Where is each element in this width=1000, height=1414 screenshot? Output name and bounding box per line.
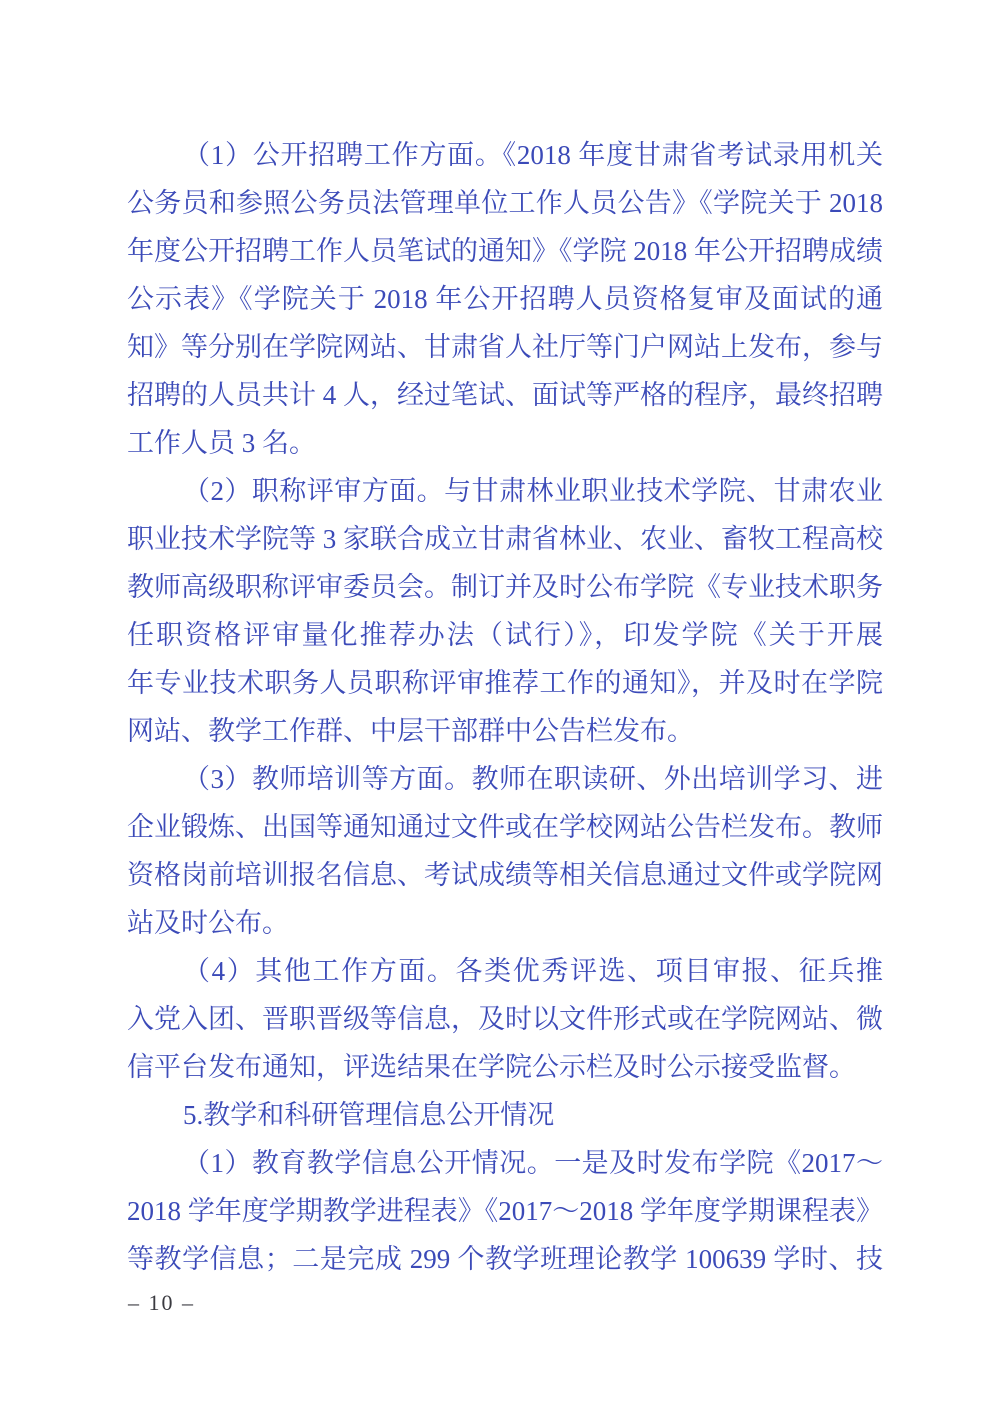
document-body: （1）公开招聘工作方面。《2018 年度甘肃省考试录用机关 公务员和参照公务员法… (127, 131, 883, 1283)
body-line: 职业技术学院等 3 家联合成立甘肃省林业、农业、畜牧工程高校 (127, 515, 883, 563)
page-footer: – 10 – (128, 1290, 195, 1316)
body-line: 等教学信息；二是完成 299 个教学班理论教学 100639 学时、技 (127, 1235, 883, 1283)
body-line: 资格岗前培训报名信息、考试成绩等相关信息通过文件或学院网 (127, 851, 883, 899)
body-line: 公示表》《学院关于 2018 年公开招聘人员资格复审及面试的通 (127, 275, 883, 323)
body-line: 2018 学年度学期教学进程表》《2017～2018 学年度学期课程表》 (127, 1187, 883, 1235)
document-page: （1）公开招聘工作方面。《2018 年度甘肃省考试录用机关 公务员和参照公务员法… (0, 0, 1000, 1414)
body-line: 企业锻炼、出国等通知通过文件或在学校网站公告栏发布。教师 (127, 803, 883, 851)
paragraph-teaching-info: （1）教育教学信息公开情况。一是及时发布学院《2017～ 2018 学年度学期教… (127, 1139, 883, 1283)
body-line: 入党入团、晋职晋级等信息，及时以文件形式或在学院网站、微 (127, 995, 883, 1043)
body-line: 招聘的人员共计 4 人，经过笔试、面试等严格的程序，最终招聘 (127, 371, 883, 419)
body-line: 任职资格评审量化推荐办法（试行）》，印发学院《关于开展 2018 (127, 611, 883, 659)
body-line: 网站、教学工作群、中层干部群中公告栏发布。 (127, 707, 883, 755)
body-line: 年专业技术职务人员职称评审推荐工作的通知》，并及时在学院 (127, 659, 883, 707)
body-line: 信平台发布通知，评选结果在学院公示栏及时公示接受监督。 (127, 1043, 883, 1091)
section-heading-teaching-research: 5.教学和科研管理信息公开情况 (127, 1091, 883, 1139)
paragraph-other-work: （4）其他工作方面。各类优秀评选、项目审报、征兵推荐、 入党入团、晋职晋级等信息… (127, 947, 883, 1091)
page-number: – 10 – (128, 1290, 195, 1316)
body-line: 教师高级职称评审委员会。制订并及时公布学院《专业技术职务 (127, 563, 883, 611)
body-line: （2）职称评审方面。与甘肃林业职业技术学院、甘肃农业 (127, 467, 883, 515)
body-line: 站及时公布。 (127, 899, 883, 947)
body-line: （4）其他工作方面。各类优秀评选、项目审报、征兵推荐、 (127, 947, 883, 995)
body-line: （3）教师培训等方面。教师在职读研、外出培训学习、进 (127, 755, 883, 803)
section-heading: 5.教学和科研管理信息公开情况 (127, 1091, 883, 1139)
body-line: 年度公开招聘工作人员笔试的通知》《学院 2018 年公开招聘成绩 (127, 227, 883, 275)
body-line: 知》等分别在学院网站、甘肃省人社厅等门户网站上发布，参与 (127, 323, 883, 371)
body-line: 工作人员 3 名。 (127, 419, 883, 467)
paragraph-recruitment: （1）公开招聘工作方面。《2018 年度甘肃省考试录用机关 公务员和参照公务员法… (127, 131, 883, 467)
paragraph-teacher-training: （3）教师培训等方面。教师在职读研、外出培训学习、进 企业锻炼、出国等通知通过文… (127, 755, 883, 947)
paragraph-title-review: （2）职称评审方面。与甘肃林业职业技术学院、甘肃农业 职业技术学院等 3 家联合… (127, 467, 883, 755)
body-line: （1）教育教学信息公开情况。一是及时发布学院《2017～ (127, 1139, 883, 1187)
body-line: （1）公开招聘工作方面。《2018 年度甘肃省考试录用机关 (127, 131, 883, 179)
body-line: 公务员和参照公务员法管理单位工作人员公告》《学院关于 2018 (127, 179, 883, 227)
